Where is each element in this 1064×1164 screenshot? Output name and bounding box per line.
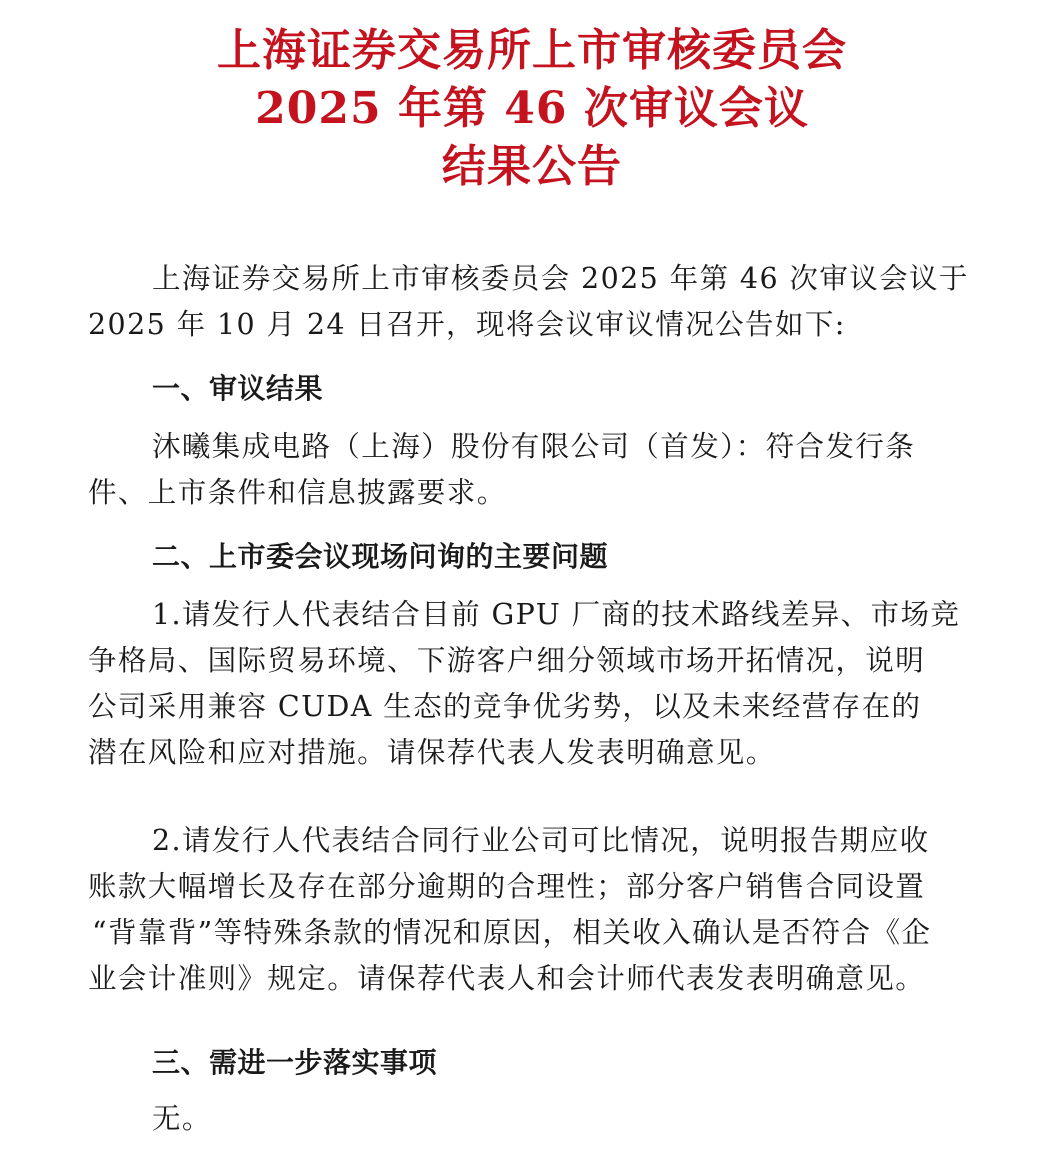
- question-2-line-4: 业会计准则》规定。请保荐代表人和会计师代表发表明确意见。: [88, 956, 978, 1002]
- title-line-1: 上海证券交易所上市审核委员会: [0, 22, 1064, 80]
- section-3-line-1: 无。: [88, 1096, 978, 1142]
- title-line-3: 结果公告: [0, 138, 1064, 196]
- section-heading-2: 二、上市委会议现场问询的主要问题: [88, 534, 978, 580]
- question-2-line-3: “背靠背”等特殊条款的情况和原因，相关收入确认是否符合《企: [88, 910, 978, 956]
- question-1-line-3: 公司采用兼容 CUDA 生态的竞争优劣势，以及未来经营存在的: [88, 684, 978, 730]
- section-review-result: 一、审议结果: [88, 366, 978, 412]
- intro-line-1: 上海证券交易所上市审核委员会 2025 年第 46 次审议会议于: [88, 256, 978, 302]
- question-2-paragraph: 2.请发行人代表结合同行业公司可比情况，说明报告期应收 账款大幅增长及存在部分逾…: [88, 818, 978, 1002]
- question-1-line-4: 潜在风险和应对措施。请保荐代表人发表明确意见。: [88, 730, 978, 776]
- section-1-line-2: 件、上市条件和信息披露要求。: [88, 470, 978, 516]
- announcement-title: 上海证券交易所上市审核委员会 2025 年第 46 次审议会议 结果公告: [0, 22, 1064, 196]
- section-heading-3: 三、需进一步落实事项: [88, 1040, 978, 1086]
- question-1-line-1: 1.请发行人代表结合目前 GPU 厂商的技术路线差异、市场竞: [88, 592, 978, 638]
- section-3-paragraph: 无。: [88, 1096, 978, 1142]
- title-line-2: 2025 年第 46 次审议会议: [0, 80, 1064, 138]
- question-2-line-2: 账款大幅增长及存在部分逾期的合理性；部分客户销售合同设置: [88, 864, 978, 910]
- intro-paragraph: 上海证券交易所上市审核委员会 2025 年第 46 次审议会议于 2025 年 …: [88, 256, 978, 348]
- section-follow-up-items: 三、需进一步落实事项: [88, 1040, 978, 1086]
- section-1-paragraph: 沐曦集成电路（上海）股份有限公司（首发）：符合发行条 件、上市条件和信息披露要求…: [88, 424, 978, 516]
- intro-line-2: 2025 年 10 月 24 日召开，现将会议审议情况公告如下:: [88, 302, 978, 348]
- question-1-paragraph: 1.请发行人代表结合目前 GPU 厂商的技术路线差异、市场竞 争格局、国际贸易环…: [88, 592, 978, 776]
- section-1-line-1: 沐曦集成电路（上海）股份有限公司（首发）：符合发行条: [88, 424, 978, 470]
- section-main-questions: 二、上市委会议现场问询的主要问题: [88, 534, 978, 580]
- question-2-line-1: 2.请发行人代表结合同行业公司可比情况，说明报告期应收: [88, 818, 978, 864]
- question-1-line-2: 争格局、国际贸易环境、下游客户细分领域市场开拓情况，说明: [88, 638, 978, 684]
- section-heading-1: 一、审议结果: [88, 366, 978, 412]
